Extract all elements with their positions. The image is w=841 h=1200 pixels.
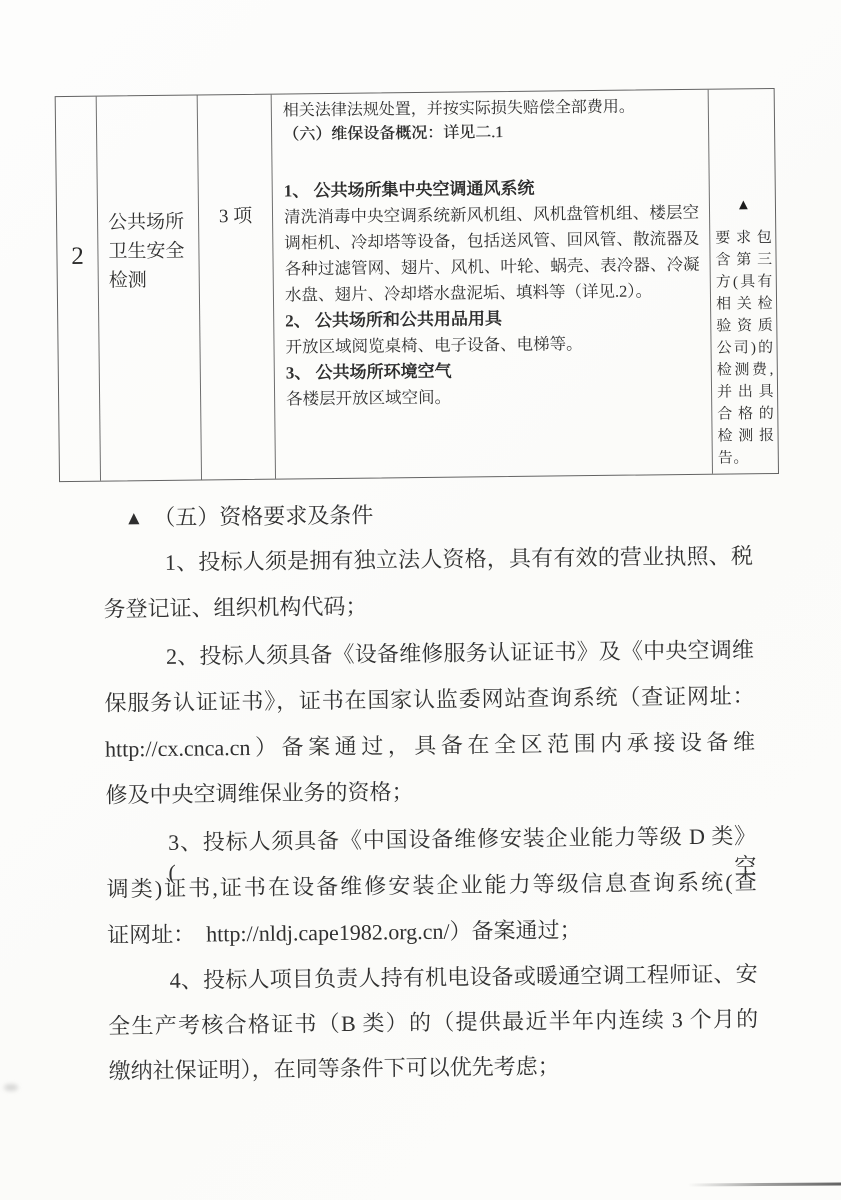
- service-section-1: 1、 公共场所集中央空调通风系统 清洗消毒中央空调系统新风机组、风机盘管机组、楼…: [284, 174, 700, 309]
- table-cell-requirement-note: ▲ 要求包含第三方(具有相关检验资质公司)的检测费,并出具合格的检测报告。: [709, 89, 780, 474]
- paragraph-line: 修及中央空调维保业务的资格；: [105, 773, 755, 810]
- paragraph-line: 务登记证、组织机构代码；: [103, 587, 753, 624]
- section-body-line: 各楼层开放区域空间。: [286, 382, 701, 413]
- service-section-2: 2、 公共场所和公共用品用具 开放区域阅览桌椅、电子设备、电梯等。: [285, 304, 701, 361]
- scan-smudge-artifact: [4, 1084, 18, 1091]
- paragraph-line: 证网址： http://nldj.cape1982.org.cn/）备案通过；: [107, 913, 757, 950]
- service-items-table: 2 公共场所卫生安全检测 3 项 相关法律法规处置，并按实际损失赔偿全部费用。 …: [55, 88, 779, 482]
- table-cell-item-name: 公共场所卫生安全检测: [97, 96, 202, 481]
- paragraph-line: 4、投标人项目负责人持有机电设备或暖通空调工程师证、安: [108, 959, 758, 996]
- content-spacer: [283, 143, 698, 179]
- carryover-text-block: 相关法律法规处置，并按实际损失赔偿全部费用。 （六）维保设备概况：详见二.1: [283, 95, 699, 148]
- section-title: ▲（五）资格要求及条件: [102, 499, 373, 533]
- section-title-text: （五）资格要求及条件: [153, 503, 373, 530]
- quantity-value: 3 项: [219, 206, 253, 227]
- table-cell-service-content: 相关法律法规处置，并按实际损失赔偿全部费用。 （六）维保设备概况：详见二.1 1…: [272, 90, 713, 479]
- triangle-marker-icon: ▲: [715, 197, 772, 215]
- section-body-line: 水盘、翅片、冷却塔水盘泥垢、填料等（详见.2）。: [285, 278, 700, 309]
- table-cell-quantity: 3 项: [198, 95, 276, 480]
- table-cell-row-index: 2: [56, 97, 101, 481]
- triangle-marker-icon: ▲: [124, 508, 143, 529]
- document-sheet: 2 公共场所卫生安全检测 3 项 相关法律法规处置，并按实际损失赔偿全部费用。 …: [0, 0, 841, 1200]
- row-index-value: 2: [71, 243, 84, 270]
- item-name-text: 公共场所卫生安全检测: [108, 208, 189, 296]
- paragraph-line: 调类)证书,证书在设备维修安装企业能力等级信息查询系统(查: [106, 867, 756, 904]
- paragraph-line: http://cx.cnca.cn）备案通过，具备在全区范围内承接设备维: [105, 727, 755, 764]
- paragraph-line: 保服务认证证书》，证书在国家认监委网站查询系统（查证网址：: [104, 681, 754, 718]
- scanned-page-background: 2 公共场所卫生安全检测 3 项 相关法律法规处置，并按实际损失赔偿全部费用。 …: [0, 0, 841, 1200]
- paragraph-line: 全生产考核合格证书（B 类）的（提供最近半年内连续 3 个月的: [108, 1004, 758, 1041]
- qualification-section: ▲（五）资格要求及条件 1、投标人须是拥有独立法人资格，具有有效的营业执照、税 …: [97, 0, 747, 4]
- requirement-note-text: 要求包含第三方(具有相关检验资质公司)的检测费,并出具合格的检测报告。: [715, 227, 775, 470]
- service-section-3: 3、 公共场所环境空气 各楼层开放区域空间。: [286, 356, 702, 413]
- paragraph-line: 缴纳社保证明），在同等条件下可以优先考虑；: [109, 1049, 759, 1086]
- paragraph-line: 1、投标人须是拥有独立法人资格，具有有效的营业执照、税: [103, 541, 753, 578]
- paragraph-line: 2、投标人须具备《设备维修服务认证证书》及《中央空调维: [104, 635, 754, 672]
